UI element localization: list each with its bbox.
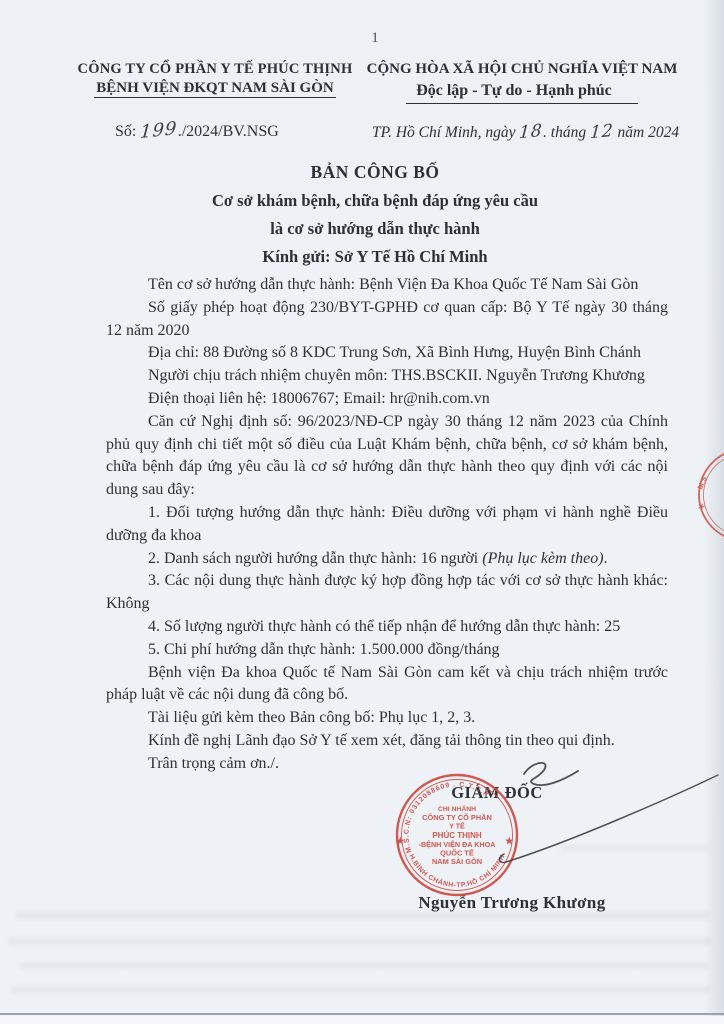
body-paragraph: Số giấy phép hoạt động 230/BYT-GPHĐ cơ q… xyxy=(106,297,668,343)
scan-artifact-line xyxy=(16,912,710,919)
appendix-note-italic: (Phụ lục kèm theo) xyxy=(482,550,603,567)
list-item-2-text: 2. Danh sách người hướng dẫn thực hành: … xyxy=(148,550,482,567)
stamp-star-left-icon: ★ xyxy=(396,836,405,847)
handwritten-signature xyxy=(478,750,724,880)
national-title: CỘNG HÒA XÃ HỘI CHỦ NGHĨA VIỆT NAM xyxy=(352,60,692,80)
handwritten-day: 18 xyxy=(519,121,544,144)
date-year-label: năm 2024 xyxy=(618,124,680,141)
scan-artifact-line xyxy=(10,986,710,993)
body-paragraph: 1. Đối tượng hướng dẫn thực hành: Điều d… xyxy=(106,502,668,548)
body-paragraph: Căn cứ Nghị định số: 96/2023/NĐ-CP ngày … xyxy=(106,411,668,502)
date-prefix: TP. Hồ Chí Minh, ngày xyxy=(372,124,516,141)
body-paragraph: Bệnh viện Đa khoa Quốc tế Nam Sài Gòn ca… xyxy=(106,662,668,708)
body-paragraph: Địa chỉ: 88 Đường số 8 KDC Trung Sơn, Xã… xyxy=(106,342,668,365)
body-paragraph: Người chịu trách nhiệm chuyên môn: THS.B… xyxy=(106,365,668,388)
scan-artifact-line xyxy=(8,938,712,945)
scan-artifact-line xyxy=(20,962,708,969)
body-paragraph: Tên cơ sở hướng dẫn thực hành: Bệnh Viện… xyxy=(106,274,668,297)
date-month-label: . tháng xyxy=(543,124,586,141)
reference-number-line: Số: 199./2024/BV.NSG xyxy=(115,120,375,141)
issuer-hospital-name: BỆNH VIỆN ĐKQT NAM SÀI GÒN xyxy=(70,79,360,98)
document-body: Tên cơ sở hướng dẫn thực hành: Bệnh Viện… xyxy=(106,274,668,776)
reference-suffix: ./2024/BV.NSG xyxy=(178,123,279,140)
document-subtitle-1: Cơ sở khám bệnh, chữa bệnh đáp ứng yêu c… xyxy=(50,191,700,211)
national-motto: Độc lập - Tự do - Hạnh phúc xyxy=(352,81,692,105)
document-recipient: Kính gửi: Sở Y Tế Hồ Chí Minh xyxy=(50,247,700,267)
body-paragraph: 2. Danh sách người hướng dẫn thực hành: … xyxy=(106,548,668,571)
body-paragraph: 3. Các nội dung thực hành được ký hợp đồ… xyxy=(106,570,668,616)
issuer-company-name: CÔNG TY CỔ PHẦN Y TẾ PHÚC THỊNH xyxy=(70,60,360,79)
body-paragraph: Điện thoại liên hệ: 18006767; Email: hr@… xyxy=(106,388,668,411)
header-national-block: CỘNG HÒA XÃ HỘI CHỦ NGHĨA VIỆT NAM Độc l… xyxy=(352,60,692,104)
scan-artifact-line xyxy=(560,845,710,851)
stamp-center-line-6: QUỐC TẾ xyxy=(440,848,474,858)
body-paragraph: 4. Số lượng người thực hành có thể tiếp … xyxy=(106,616,668,639)
scanner-background-strip xyxy=(0,1016,724,1024)
stamp-center-line-1: CHI NHÁNH xyxy=(438,804,476,813)
stamp-center-line-4: PHÚC THỊNH xyxy=(432,831,482,840)
page-number: 1 xyxy=(50,30,700,47)
issuer-hospital-name-text: BỆNH VIỆN ĐKQT NAM SÀI GÒN xyxy=(94,80,335,98)
handwritten-reference-number: 199 xyxy=(140,118,179,143)
paper-bottom-edge xyxy=(0,1013,724,1015)
scanned-document-page: { "colors": { "paper": "#eef2f6", "ink":… xyxy=(0,0,724,1024)
national-motto-text: Độc lập - Tự do - Hạnh phúc xyxy=(406,81,638,105)
document-subtitle-2: là cơ sở hướng dẫn thực hành xyxy=(50,219,700,239)
handwritten-month: 12 xyxy=(589,121,614,144)
stamp-center-line-3: Y TẾ xyxy=(449,821,465,831)
body-paragraph: 5. Chi phí hướng dẫn thực hành: 1.500.00… xyxy=(106,639,668,662)
reference-label: Số: xyxy=(115,123,136,140)
place-date-line: TP. Hồ Chí Minh, ngày 18. tháng 12 năm 2… xyxy=(372,122,702,142)
signature-flourish-stroke xyxy=(524,763,578,785)
list-item-2-period: . xyxy=(604,550,608,567)
body-paragraph: Tài liệu gửi kèm theo Bản công bố: Phụ l… xyxy=(106,707,668,730)
header-issuer-block: CÔNG TY CỔ PHẦN Y TẾ PHÚC THỊNH BỆNH VIỆ… xyxy=(70,60,360,98)
stamp-center-line-7: NAM SÀI GÒN xyxy=(432,857,482,866)
paper-right-edge-shadow xyxy=(704,0,724,1024)
document-title: BẢN CÔNG BỐ xyxy=(50,162,700,183)
